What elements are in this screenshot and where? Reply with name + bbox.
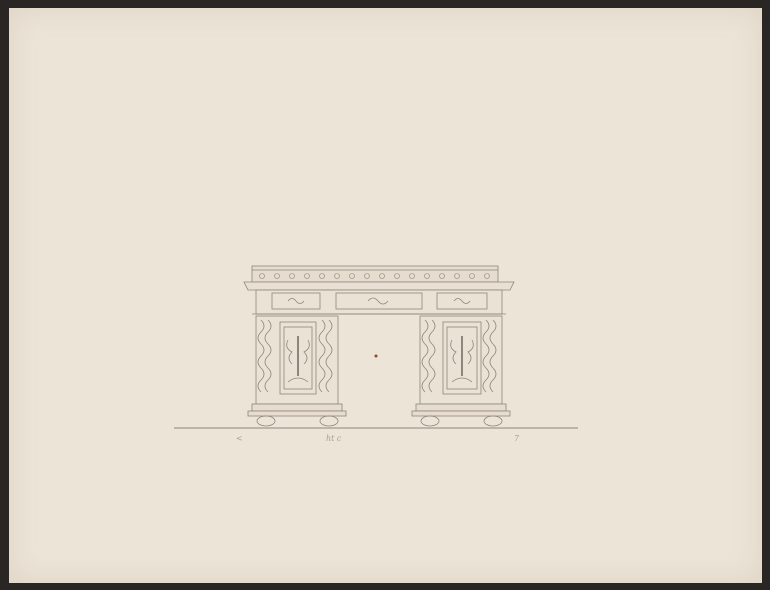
annotation-left: < [236, 434, 243, 443]
desk-drawing [0, 0, 770, 590]
annotation-center: ht c [326, 434, 341, 443]
annotation-right: 7 [514, 434, 519, 443]
